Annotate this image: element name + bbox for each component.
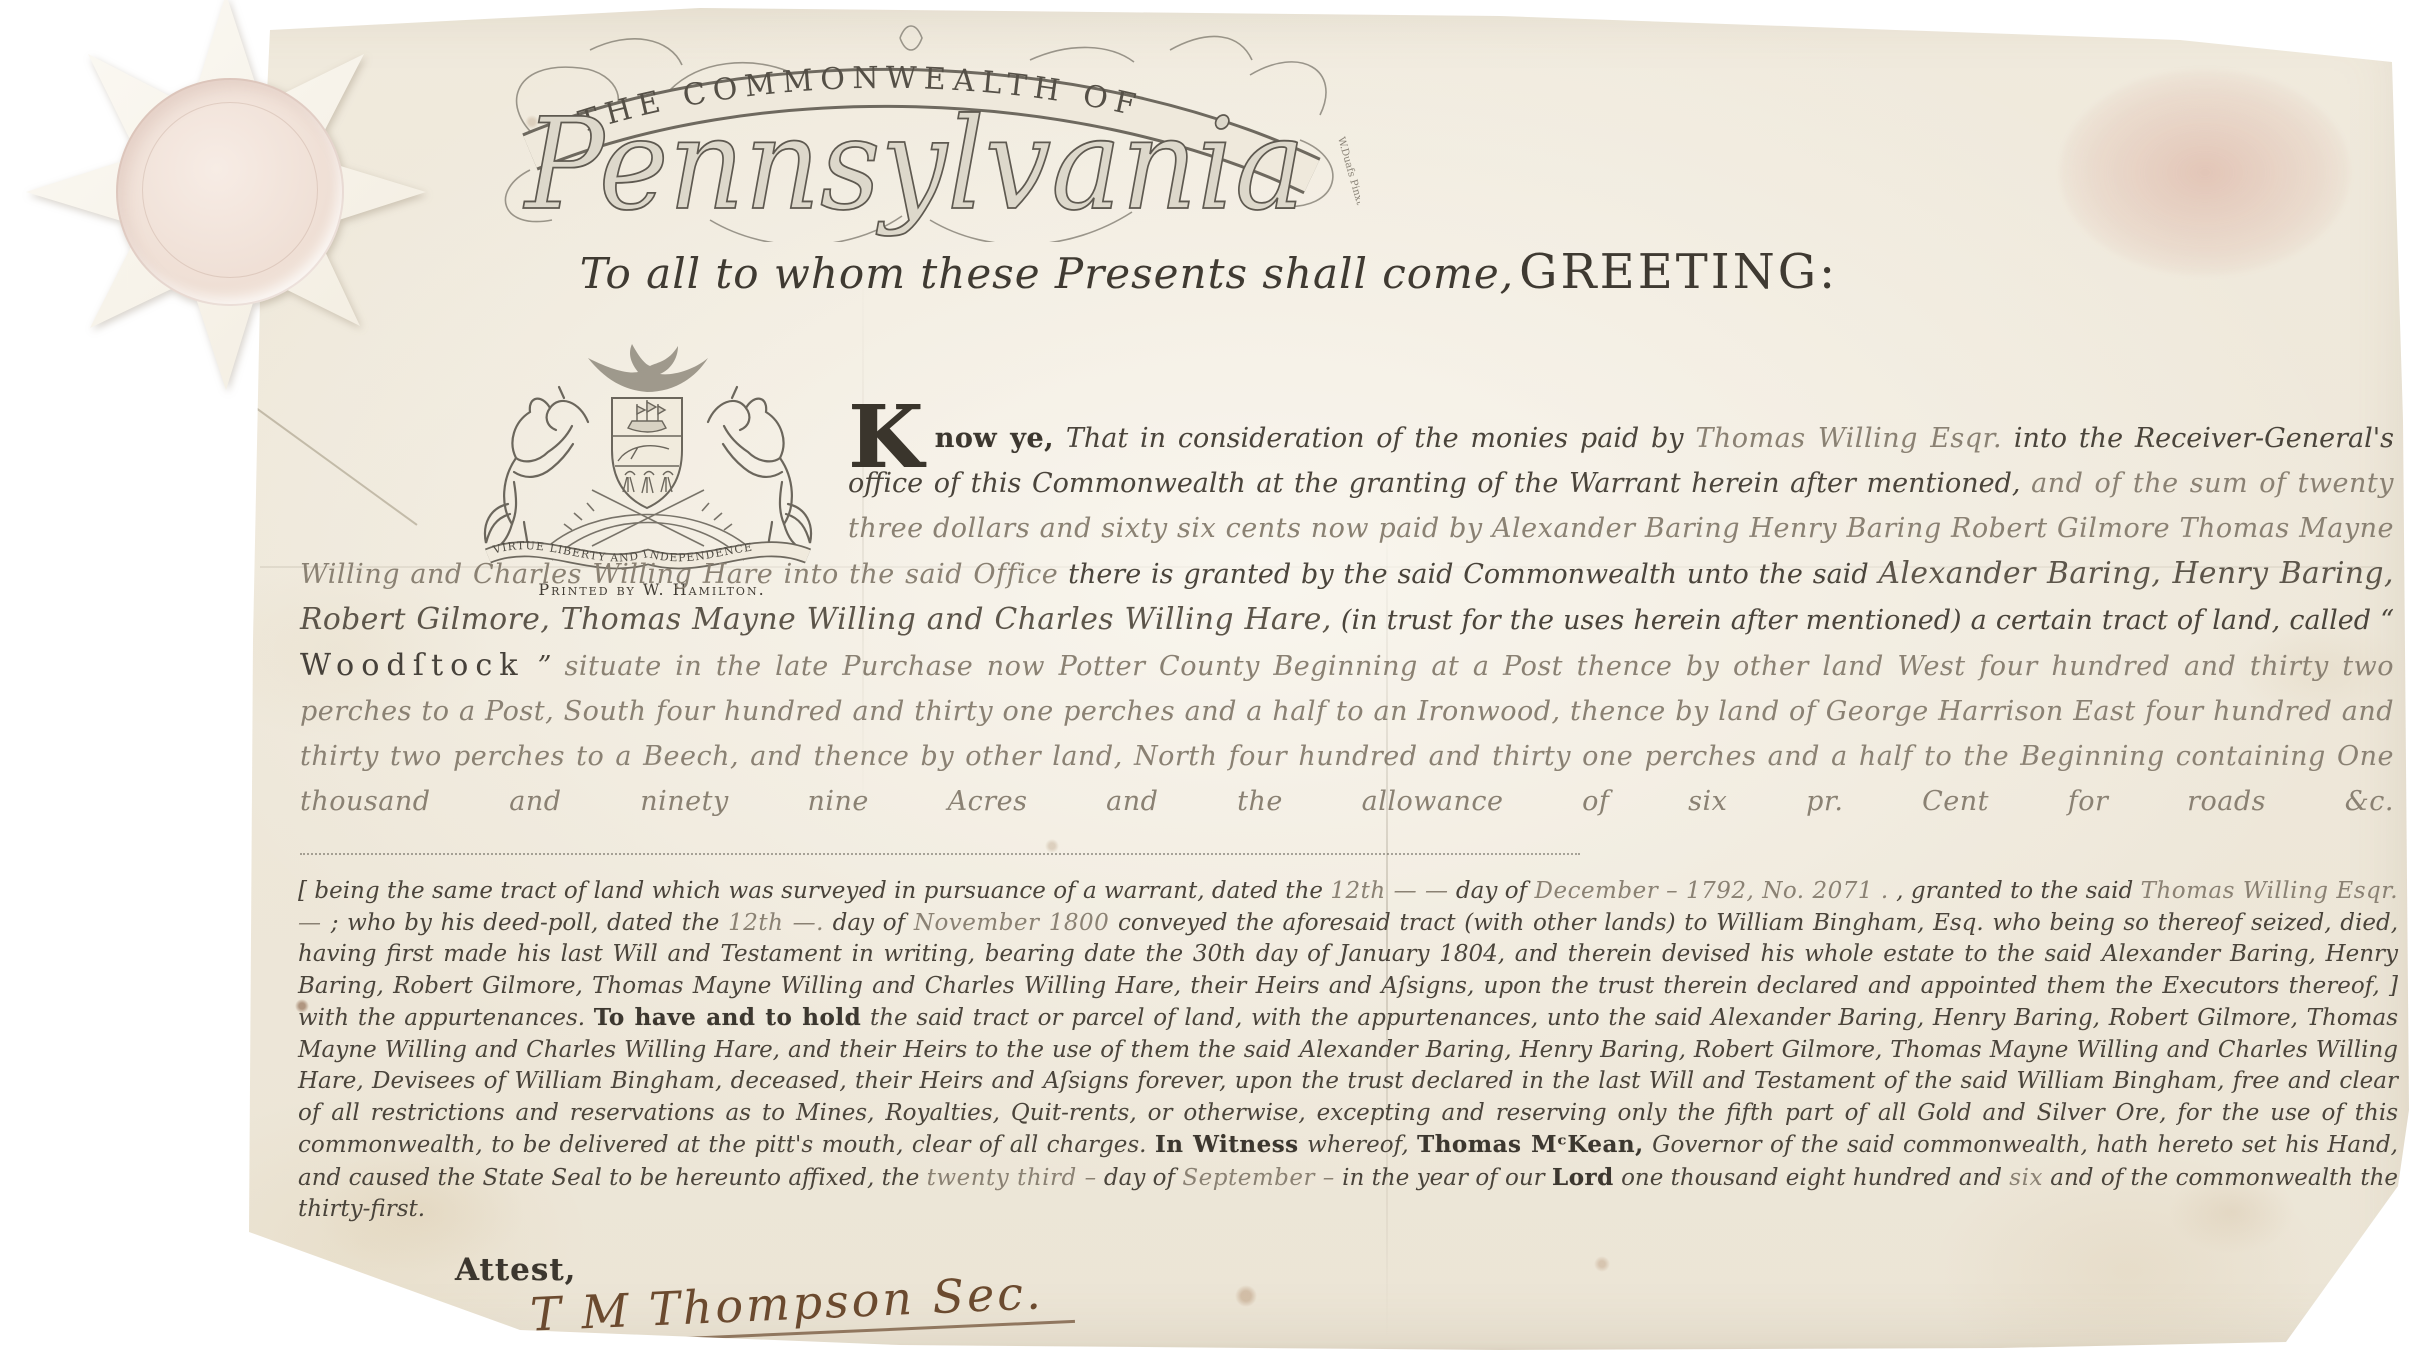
title-word: Pennsylvania (523, 91, 1305, 238)
habendum-paragraph-text: [ being the same tract of land which was… (298, 878, 2398, 1222)
salutation-text: To all to whom these Presents shall come… (580, 249, 1514, 298)
arms-text-wrap-spacer (300, 416, 848, 550)
photo-background: Bear THE COMMONWEALTH OF Pennsylva (0, 0, 2418, 1352)
attestation-row: Attest, (455, 1252, 576, 1288)
engraver-credit: W.Duafs Pinxt (1335, 136, 1360, 206)
habendum-paragraph: [ being the same tract of land which was… (298, 876, 2398, 1226)
greeting-word: GREETING: (1519, 244, 1838, 300)
attest-label: Attest, (455, 1252, 576, 1288)
masthead-engraving: THE COMMONWEALTH OF Pennsylvania W.Duafs… (470, 18, 1360, 242)
grant-paragraph: Know ye, That in consideration of the mo… (300, 416, 2394, 869)
dropcap-initial: K (848, 420, 923, 456)
state-seal (26, 0, 428, 394)
eagle-crest-icon (588, 344, 708, 392)
embossed-seal-disc (116, 78, 344, 306)
